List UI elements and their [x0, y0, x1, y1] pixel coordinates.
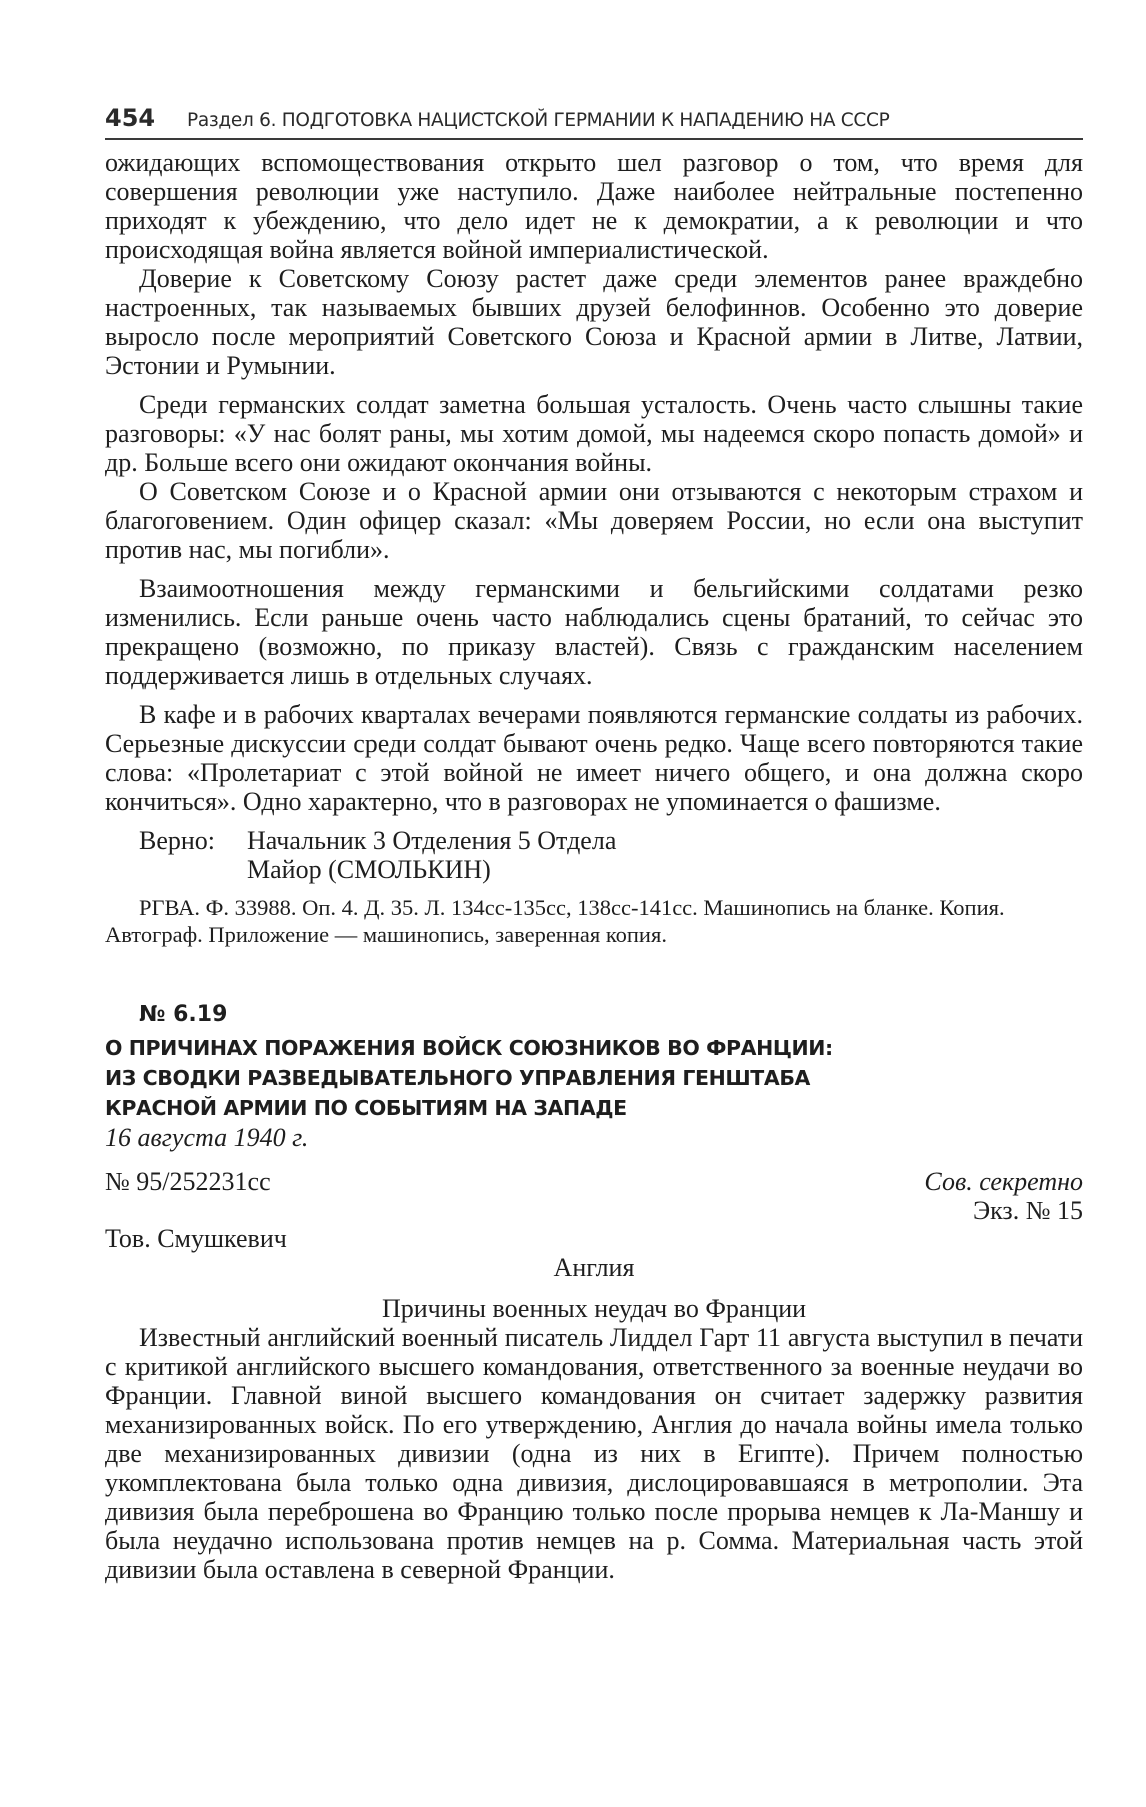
addressee: Тов. Смушкевич	[105, 1224, 1083, 1253]
paragraph: В кафе и в рабочих кварталах вечерами по…	[105, 700, 1083, 816]
page-number: 454	[105, 104, 187, 132]
document-title: О ПРИЧИНАХ ПОРАЖЕНИЯ ВОЙСК СОЮЗНИКОВ ВО …	[105, 1033, 1083, 1123]
paragraph: Взаимоотношения между германскими и бель…	[105, 574, 1083, 690]
paragraph: Среди германских солдат заметна большая …	[105, 390, 1083, 477]
book-page: 454 Раздел 6. ПОДГОТОВКА НАЦИСТСКОЙ ГЕРМ…	[105, 104, 1083, 1584]
paragraph: О Советском Союзе и о Красной армии они …	[105, 477, 1083, 564]
document-title-line: КРАСНОЙ АРМИИ ПО СОБЫТИЯМ НА ЗАПАДЕ	[105, 1093, 1083, 1123]
document-title-line: ИЗ СВОДКИ РАЗВЕДЫВАТЕЛЬНОГО УПРАВЛЕНИЯ Г…	[105, 1063, 1083, 1093]
signature-label: Верно:	[139, 826, 247, 855]
document-body: Известный английский военный писатель Ли…	[105, 1323, 1083, 1584]
running-header: 454 Раздел 6. ПОДГОТОВКА НАЦИСТСКОЙ ГЕРМ…	[105, 104, 1083, 140]
section-title: Раздел 6. ПОДГОТОВКА НАЦИСТСКОЙ ГЕРМАНИИ…	[187, 110, 890, 131]
document-date: 16 августа 1940 г.	[105, 1123, 1083, 1153]
signature-line-title: Начальник 3 Отделения 5 Отдела	[247, 826, 1083, 855]
document-number: № 6.19	[105, 1000, 1083, 1030]
paragraph: ожидающих вспомоществования открыто шел …	[105, 148, 1083, 264]
classification-block: Сов. секретно Экз. № 15	[924, 1167, 1083, 1225]
country-heading: Англия	[105, 1253, 1083, 1282]
paragraph: Известный английский военный писатель Ли…	[105, 1323, 1083, 1584]
classification-mark: Сов. секретно	[924, 1167, 1083, 1196]
registration-number: № 95/252231сс	[105, 1167, 271, 1225]
signature-block: Верно: Начальник 3 Отделения 5 Отдела Ма…	[105, 826, 1083, 884]
document-title-line: О ПРИЧИНАХ ПОРАЖЕНИЯ ВОЙСК СОЮЗНИКОВ ВО …	[105, 1033, 1083, 1063]
previous-document-body: ожидающих вспомоществования открыто шел …	[105, 148, 1083, 816]
copy-number: Экз. № 15	[924, 1196, 1083, 1225]
document-meta: № 95/252231сс Сов. секретно Экз. № 15	[105, 1167, 1083, 1225]
signature-line-name: Майор (СМОЛЬКИН)	[247, 855, 1083, 884]
subheading: Причины военных неудач во Франции	[105, 1294, 1083, 1323]
archive-reference: РГВА. Ф. 33988. Оп. 4. Д. 35. Л. 134сс-1…	[105, 894, 1083, 948]
paragraph: Доверие к Советскому Союзу растет даже с…	[105, 264, 1083, 380]
